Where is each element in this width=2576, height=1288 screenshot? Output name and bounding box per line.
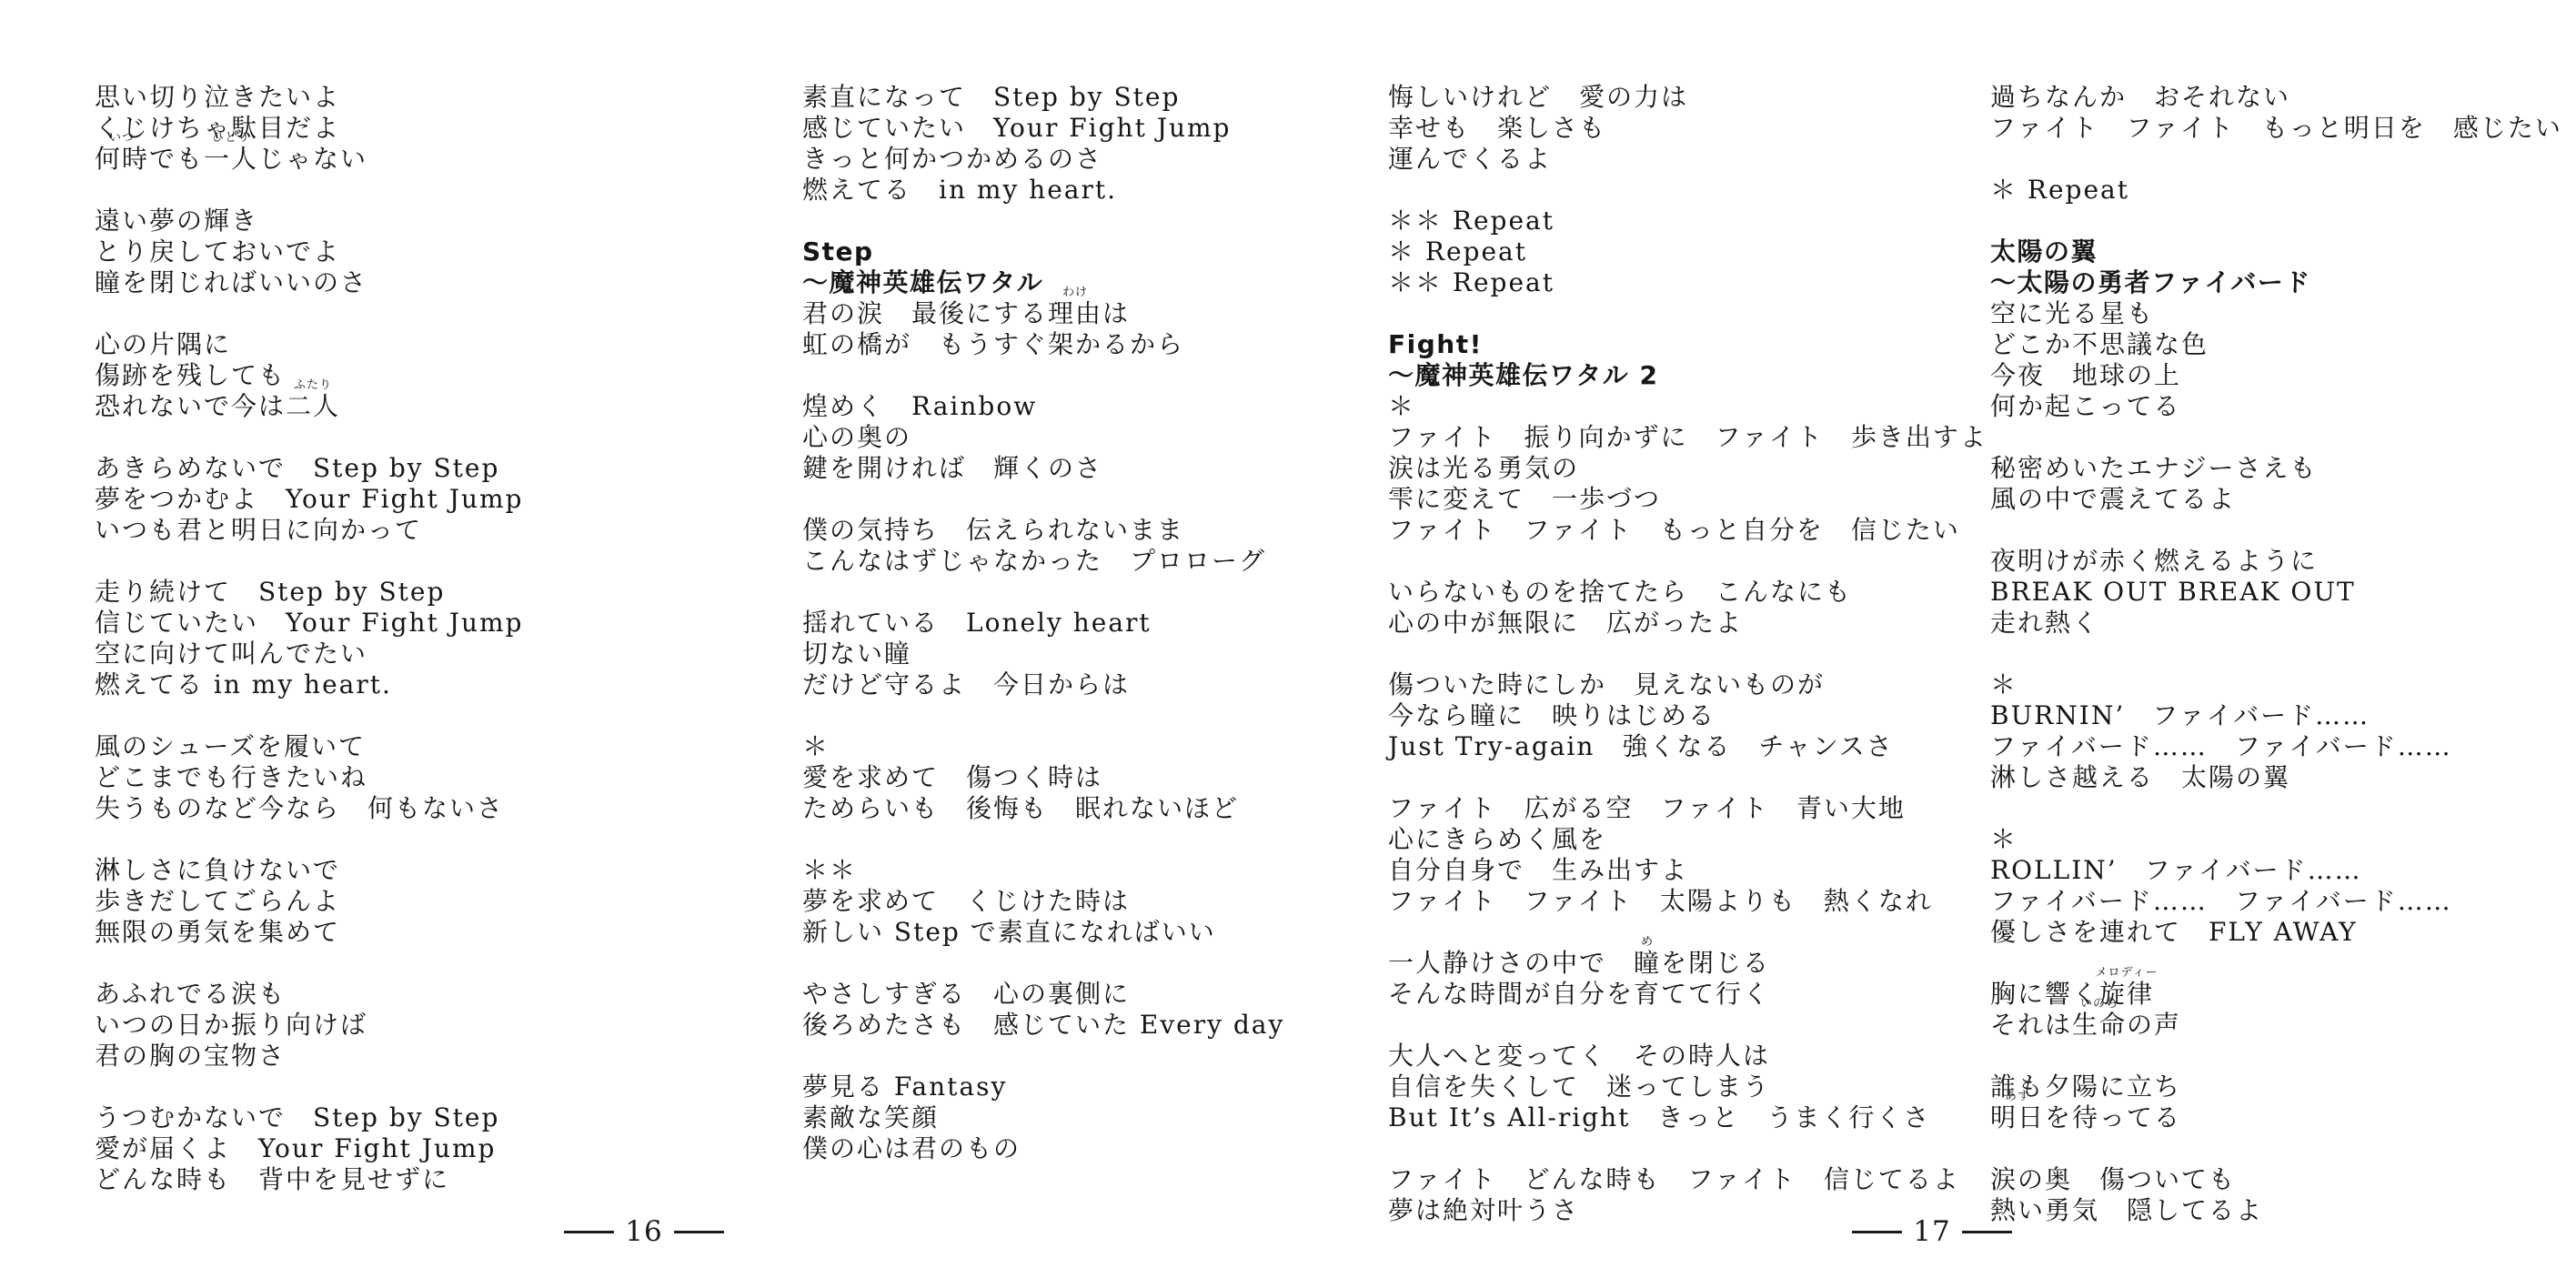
lyric-line: 淋しさ越える 太陽の翼 [1990,762,2562,793]
lyric-line: 今夜 地球の上 [1990,360,2562,391]
lyric-line: 自分自身で 生み出すよ [1388,855,1987,886]
lyric-line: ＊ Repeat [1990,175,2562,206]
stanza: あきらめないで Step by Step夢をつかむよ Your Fight Ju… [95,453,523,546]
lyric-line: 過ちなんか おそれない [1990,82,2562,113]
lyric-line: 優しさを連れて FLY AWAY [1990,917,2562,948]
lyric-line: 煌めく Rainbow [802,391,1284,422]
lyric-line: But It’s All-right きっと うまく行くさ [1388,1102,1987,1133]
stanza: ＊ Repeat [1990,175,2562,206]
song-title: 〜太陽の勇者ファイバード [1990,267,2562,298]
lyric-line: 淋しさに負けないで [95,855,523,886]
dash-rule [1852,1231,1902,1233]
lyrics-column-3: 悔しいけれど 愛の力は幸せも 楽しさも運んでくるよ＊＊ Repeat＊ Repe… [1388,82,1987,1257]
ruby-base: 何時いつ [95,144,149,174]
lyric-line: いつも君と明日に向かって [95,515,523,546]
stanza: やさしすぎる 心の裏側に後ろめたさも 感じていた Every day [802,979,1284,1041]
lyric-line: Just Try-again 強くなる チャンスさ [1388,731,1987,762]
lyric-line: どこまでも行きたいね [95,762,523,793]
page-number: 17 [1913,1215,1950,1248]
furigana: あす [2005,1091,2030,1102]
stanza: ＊＊ Repeat＊ Repeat＊＊ Repeat [1388,206,1987,298]
lyric-line: 空に向けて叫んでたい [95,639,523,669]
lyric-line: 雫に変えて 一歩づつ [1388,484,1987,515]
lyric-line: ファイバード…… ファイバード…… [1990,731,2562,762]
lyric-line: ＊ [1388,391,1987,422]
lyric-line: ファイト ファイト もっと自分を 信じたい [1388,515,1987,546]
stanza: 走り続けて Step by Step信じていたい Your Fight Jump… [95,577,523,700]
ruby-base: 理由わけ [1048,298,1102,328]
ruby-base: 一人ひとり [204,144,258,174]
lyric-line: 誰も夕陽に立ち [1990,1072,2562,1102]
page-footer-left: 16 [0,1215,1288,1248]
lyric-line: 明日あすを待ってる [1990,1102,2562,1133]
stanza: 心の片隅に傷跡を残しても恐れないで今は二人ふたり [95,329,523,422]
lyric-line: 僕の気持ち 伝えられないまま [802,515,1284,546]
stanza: Step〜魔神英雄伝ワタル君の涙 最後にする理由わけは虹の橋が もうすぐ架かるか… [802,236,1284,360]
ruby-base: 二人ふたり [286,391,340,421]
lyric-line: 運んでくるよ [1388,144,1987,175]
lyric-line: 胸に響く旋律メロディー [1990,979,2562,1010]
lyric-line: ファイト 広がる空 ファイト 青い大地 [1388,793,1987,824]
lyric-line: どこか不思議な色 [1990,329,2562,360]
lyric-line: 何か起こってる [1990,391,2562,422]
lyric-line: 風のシューズを履いて [95,731,523,762]
lyric-line: そんな時間が自分を育てて行く [1388,979,1987,1010]
lyric-line: くじけちゃ駄目だよ [95,113,523,144]
furigana: いのち [2080,998,2118,1010]
stanza: 傷ついた時にしか 見えないものが今なら瞳に 映りはじめるJust Try-aga… [1388,669,1987,762]
lyric-line: 失うものなど今なら 何もないさ [95,793,523,824]
lyric-line: ROLLIN’ ファイバード…… [1990,855,2562,886]
page-17: 悔しいけれど 愛の力は幸せも 楽しさも運んでくるよ＊＊ Repeat＊ Repe… [1288,0,2576,1288]
stanza: 夜明けが赤く燃えるようにBREAK OUT BREAK OUT走れ熱く [1990,546,2562,639]
lyric-line: 走れ熱く [1990,608,2562,639]
lyric-line: 思い切り泣きたいよ [95,82,523,113]
furigana: メロディー [2096,967,2158,979]
lyric-line: 君の胸の宝物さ [95,1041,523,1072]
lyric-line: 信じていたい Your Fight Jump [95,608,523,639]
stanza: いらないものを捨てたら こんなにも心の中が無限に 広がったよ [1388,577,1987,639]
furigana: め [1641,936,1654,948]
lyric-line: うつむかないで Step by Step [95,1102,523,1133]
lyric-line: ＊ [802,731,1284,762]
lyric-line: 燃えてる in my heart. [802,175,1284,206]
lyric-line: 感じていたい Your Fight Jump [802,113,1284,144]
lyric-line: それは生命いのちの声 [1990,1010,2562,1041]
stanza: 風のシューズを履いてどこまでも行きたいね失うものなど今なら 何もないさ [95,731,523,824]
lyric-line: ファイバード…… ファイバード…… [1990,886,2562,917]
lyric-line: ファイト ファイト 太陽よりも 熱くなれ [1388,886,1987,917]
lyric-line: 瞳を閉じればいいのさ [95,267,523,298]
lyric-line: 悔しいけれど 愛の力は [1388,82,1987,113]
lyric-line: 心にきらめく風を [1388,824,1987,855]
lyric-line: 夢をつかむよ Your Fight Jump [95,484,523,515]
lyric-line: BREAK OUT BREAK OUT [1990,577,2562,608]
lyric-line: 恐れないで今は二人ふたり [95,391,523,422]
lyric-line: ＊ [1990,669,2562,700]
stanza: うつむかないで Step by Step愛が届くよ Your Fight Jum… [95,1102,523,1195]
lyric-line: 後ろめたさも 感じていた Every day [802,1010,1284,1041]
lyric-line: どんな時も 背中を見せずに [95,1164,523,1195]
lyric-line: 心の中が無限に 広がったよ [1388,608,1987,639]
lyric-line: 空に光る星も [1990,298,2562,329]
stanza: 誰も夕陽に立ち明日あすを待ってる [1990,1072,2562,1133]
lyric-line: 揺れている Lonely heart [802,608,1284,639]
stanza: あふれでる涙もいつの日か振り向けば君の胸の宝物さ [95,979,523,1072]
lyric-line: ＊ [1990,824,2562,855]
ruby-base: 瞳め [1634,948,1661,978]
stanza: 過ちなんか おそれないファイト ファイト もっと明日を 感じたい [1990,82,2562,144]
lyric-line: 遠い夢の輝き [95,206,523,236]
lyric-line: 風の中で震えてるよ [1990,484,2562,515]
lyric-line: 自信を失くして 迷ってしまう [1388,1072,1987,1102]
ruby-base: 生命いのち [2072,1010,2127,1040]
stanza: ＊愛を求めて 傷つく時はためらいも 後悔も 眠れないほど [802,731,1284,824]
lyric-line: いつの日か振り向けば [95,1010,523,1041]
lyric-line: 涙は光る勇気の [1388,453,1987,484]
lyric-line: 今なら瞳に 映りはじめる [1388,700,1987,731]
lyric-line: ファイト 振り向かずに ファイト 歩き出すよ [1388,422,1987,453]
lyrics-column-2: 素直になって Step by Step感じていたい Your Fight Jum… [802,82,1284,1195]
lyric-line: ＊＊ Repeat [1388,206,1987,236]
lyric-line: きっと何かつかめるのさ [802,144,1284,175]
page-footer-right: 17 [1288,1215,2576,1248]
dash-rule [1962,1231,2012,1233]
lyric-line: 愛を求めて 傷つく時は [802,762,1284,793]
stanza: ＊BURNIN’ ファイバード……ファイバード…… ファイバード……淋しさ越える… [1990,669,2562,793]
stanza: 遠い夢の輝きとり戻しておいでよ瞳を閉じればいいのさ [95,206,523,298]
lyric-line: 愛が届くよ Your Fight Jump [95,1133,523,1164]
stanza: ファイト 広がる空 ファイト 青い大地心にきらめく風を自分自身で 生み出すよファ… [1388,793,1987,917]
furigana: いつ [109,132,135,144]
stanza: 思い切り泣きたいよくじけちゃ駄目だよ何時いつでも一人ひとりじゃない [95,82,523,175]
stanza: 大人へと変ってく その時人は自信を失くして 迷ってしまうBut It’s All… [1388,1041,1987,1133]
song-title: 〜魔神英雄伝ワタル 2 [1388,360,1987,391]
lyric-line: あふれでる涙も [95,979,523,1010]
song-title: 〜魔神英雄伝ワタル [802,267,1284,298]
ruby-base: 明日あす [1990,1102,2045,1132]
lyric-line: こんなはずじゃなかった プロローグ [802,546,1284,577]
lyric-line: 素敵な笑顔 [802,1102,1284,1133]
lyric-line: ＊＊ Repeat [1388,267,1987,298]
lyric-line: 夢見る Fantasy [802,1072,1284,1102]
lyric-line: ＊ Repeat [1388,236,1987,267]
stanza: Fight!〜魔神英雄伝ワタル 2＊ファイト 振り向かずに ファイト 歩き出すよ… [1388,329,1987,546]
lyric-line: ためらいも 後悔も 眠れないほど [802,793,1284,824]
stanza: 揺れている Lonely heart切ない瞳だけど守るよ 今日からは [802,608,1284,700]
furigana: わけ [1062,287,1088,298]
lyric-line: 秘密めいたエナジーさえも [1990,453,2562,484]
dash-rule [674,1231,724,1233]
song-title: 太陽の翼 [1990,236,2562,267]
stanza: 胸に響く旋律メロディーそれは生命いのちの声 [1990,979,2562,1041]
stanza: 淋しさに負けないで歩きだしてごらんよ無限の勇気を集めて [95,855,523,948]
lyric-line: 素直になって Step by Step [802,82,1284,113]
lyric-line: ファイト ファイト もっと明日を 感じたい [1990,113,2562,144]
lyric-line: 夜明けが赤く燃えるように [1990,546,2562,577]
song-title: Step [802,236,1284,267]
lyric-line: 新しい Step で素直になればいい [802,917,1284,948]
stanza: ＊ROLLIN’ ファイバード……ファイバード…… ファイバード……優しさを連れ… [1990,824,2562,948]
lyric-line: 涙の奥 傷ついても [1990,1164,2562,1195]
song-title: Fight! [1388,329,1987,360]
lyric-line: 一人静けさの中で 瞳めを閉じる [1388,948,1987,979]
lyrics-column-4: 過ちなんか おそれないファイト ファイト もっと明日を 感じたい＊ Repeat… [1990,82,2562,1257]
lyric-line: 切ない瞳 [802,639,1284,669]
stanza: 秘密めいたエナジーさえも風の中で震えてるよ [1990,453,2562,515]
lyric-line: あきらめないで Step by Step [95,453,523,484]
lyric-line: やさしすぎる 心の裏側に [802,979,1284,1010]
lyric-line: ファイト どんな時も ファイト 信じてるよ [1388,1164,1987,1195]
stanza: 僕の気持ち 伝えられないままこんなはずじゃなかった プロローグ [802,515,1284,577]
lyric-line: 君の涙 最後にする理由わけは [802,298,1284,329]
lyric-line: いらないものを捨てたら こんなにも [1388,577,1987,608]
page-16: 思い切り泣きたいよくじけちゃ駄目だよ何時いつでも一人ひとりじゃない遠い夢の輝きと… [0,0,1288,1288]
dash-rule [564,1231,614,1233]
lyric-line: 幸せも 楽しさも [1388,113,1987,144]
lyric-line: 僕の心は君のもの [802,1133,1284,1164]
lyric-line: ＊＊ [802,855,1284,886]
lyric-line: 傷ついた時にしか 見えないものが [1388,669,1987,700]
lyric-line: 虹の橋が もうすぐ架かるから [802,329,1284,360]
lyric-line: 無限の勇気を集めて [95,917,523,948]
lyric-line: BURNIN’ ファイバード…… [1990,700,2562,731]
lyric-line: とり戻しておいでよ [95,236,523,267]
stanza: 夢見る Fantasy素敵な笑顔僕の心は君のもの [802,1072,1284,1164]
lyric-line: だけど守るよ 今日からは [802,669,1284,700]
stanza: ＊＊夢を求めて くじけた時は新しい Step で素直になればいい [802,855,1284,948]
lyric-line: 燃えてる in my heart. [95,669,523,700]
lyric-line: 歩きだしてごらんよ [95,886,523,917]
lyric-line: 心の奥の [802,422,1284,453]
stanza: 悔しいけれど 愛の力は幸せも 楽しさも運んでくるよ [1388,82,1987,175]
stanza: 煌めく Rainbow心の奥の鍵を開ければ 輝くのさ [802,391,1284,484]
page-number: 16 [625,1215,662,1248]
lyric-line: 何時いつでも一人ひとりじゃない [95,144,523,175]
stanza: 素直になって Step by Step感じていたい Your Fight Jum… [802,82,1284,206]
stanza: 一人静けさの中で 瞳めを閉じるそんな時間が自分を育てて行く [1388,948,1987,1010]
lyric-line: 夢を求めて くじけた時は [802,886,1284,917]
lyric-line: 走り続けて Step by Step [95,577,523,608]
furigana: ひとり [212,132,250,144]
lyric-line: 鍵を開ければ 輝くのさ [802,453,1284,484]
lyrics-column-1: 思い切り泣きたいよくじけちゃ駄目だよ何時いつでも一人ひとりじゃない遠い夢の輝きと… [95,82,523,1226]
stanza: 太陽の翼〜太陽の勇者ファイバード空に光る星もどこか不思議な色今夜 地球の上何か起… [1990,236,2562,422]
lyric-line: 大人へと変ってく その時人は [1388,1041,1987,1072]
lyric-line: 心の片隅に [95,329,523,360]
furigana: ふたり [294,379,332,391]
